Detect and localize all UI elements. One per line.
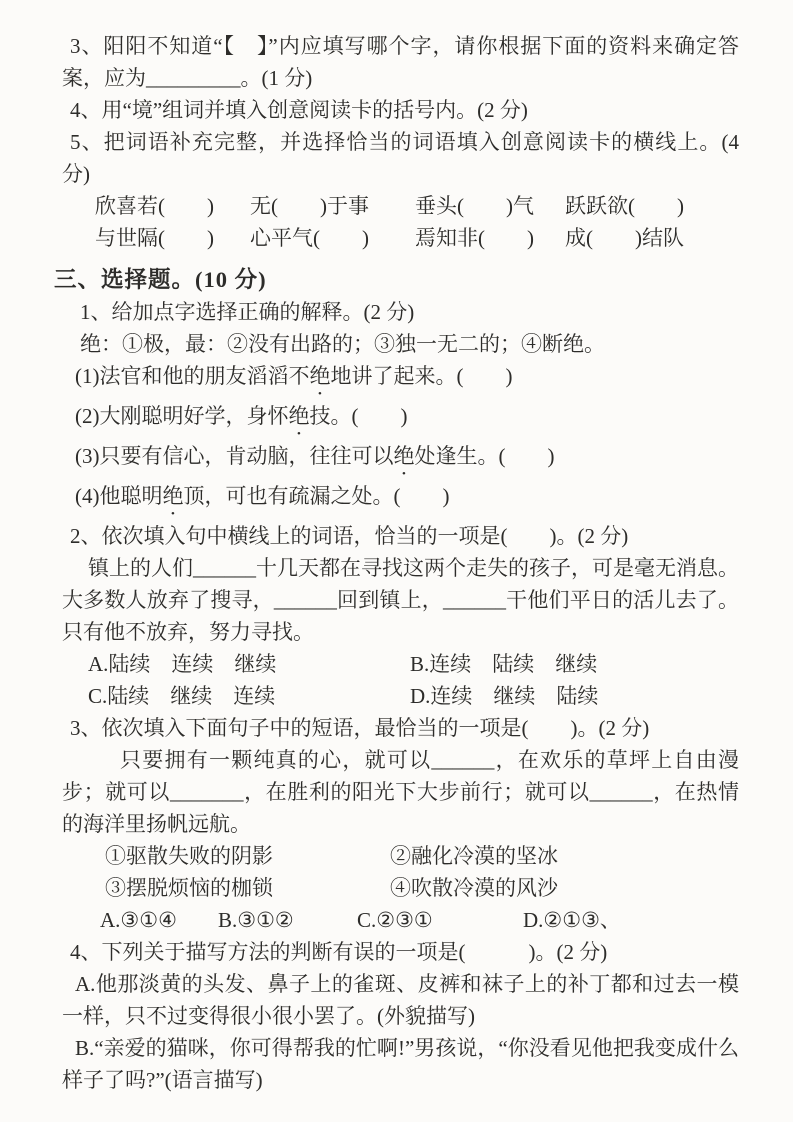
word-completion-grid: 欣喜若( ) 无( )于事 垂头( )气 跃跃欲( ) 与世隔( ) 心平气( … — [62, 190, 739, 254]
subitem-text: 处逢生。( ) — [415, 444, 555, 468]
question-5-stem: 5、把词语补充完整，并选择恰当的词语填入创意阅读卡的横线上。(4 分) — [62, 126, 739, 190]
mc-q1-subitem-2: (2)大刚聪明好学，身怀绝技。( ) — [62, 400, 739, 440]
mc-question-2-options: A.陆续 连续 继续 B.连续 陆续 继续 C.陆续 继续 连续 D.连续 继续… — [62, 648, 739, 712]
mc-question-4-option-a: A.他那淡黄的头发、鼻子上的雀斑、皮裤和袜子上的补丁都和过去一模一样，只不过变得… — [62, 968, 739, 1032]
phrase-3: ③摆脱烦恼的枷锁 — [105, 872, 390, 904]
option-a: A.陆续 连续 继续 — [88, 648, 410, 680]
word-blank-item: 无( )于事 — [250, 190, 415, 222]
subitem-text: (3)只要有信心，肯动脑，往往可以 — [75, 444, 394, 468]
word-blank-item: 垂头( )气 — [415, 190, 565, 222]
dotted-character: 绝 — [163, 484, 184, 508]
mc-question-1-stem: 1、给加点字选择正确的解释。(2 分) — [62, 296, 739, 328]
mc-question-3-phrases: ①驱散失败的阴影 ②融化冷漠的坚冰 ③摆脱烦恼的枷锁 ④吹散冷漠的风沙 — [62, 840, 739, 904]
question-4-stem: 4、用“境”组词并填入创意阅读卡的括号内。(2 分) — [62, 94, 739, 126]
phrase-1: ①驱散失败的阴影 — [105, 840, 390, 872]
option-c: C.②③① — [357, 904, 523, 936]
question-3-stem: 3、阳阳不知道“【 】”内应填写哪个字，请你根据下面的资料来确定答案，应为___… — [62, 30, 739, 94]
subitem-text: (4)他聪明 — [75, 484, 163, 508]
option-d: D.②①③、 — [523, 904, 739, 936]
mc-question-3-stem: 3、依次填入下面句子中的短语，最恰当的一项是( )。(2 分) — [62, 712, 739, 744]
dotted-character: 绝 — [310, 364, 331, 388]
dotted-character: 绝 — [394, 444, 415, 468]
word-blank-item: 心平气( ) — [250, 222, 415, 254]
mc-question-4-option-b: B.“亲爱的猫咪，你可得帮我的忙啊!”男孩说，“你没看见他把我变成什么样子了吗?… — [62, 1032, 739, 1096]
option-a: A.③①④ — [100, 904, 218, 936]
word-blank-item: 跃跃欲( ) — [565, 190, 739, 222]
subitem-text: 技。( ) — [310, 404, 408, 428]
word-blank-item: 与世隔( ) — [95, 222, 250, 254]
word-blank-item: 欣喜若( ) — [95, 190, 250, 222]
subitem-text: (2)大刚聪明好学，身怀 — [75, 404, 289, 428]
subitem-text: (1)法官和他的朋友滔滔不 — [75, 364, 310, 388]
section-three-heading: 三、选择题。(10 分) — [54, 264, 739, 296]
subitem-text: 地讲了起来。( ) — [331, 364, 513, 388]
phrase-4: ④吹散冷漠的风沙 — [390, 872, 739, 904]
option-d: D.连续 继续 陆续 — [410, 680, 739, 712]
dotted-character: 绝 — [289, 404, 310, 428]
mc-question-3-passage: 只要拥有一颗纯真的心，就可以______，在欢乐的草坪上自由漫步；就可以____… — [62, 744, 739, 840]
mc-q1-subitem-4: (4)他聪明绝顶，可也有疏漏之处。( ) — [62, 480, 739, 520]
word-blank-item: 焉知非( ) — [415, 222, 565, 254]
phrase-2: ②融化冷漠的坚冰 — [390, 840, 739, 872]
mc-question-2-stem: 2、依次填入句中横线上的词语，恰当的一项是( )。(2 分) — [62, 520, 739, 552]
mc-question-1-definitions: 绝：①极，最：②没有出路的；③独一无二的；④断绝。 — [62, 328, 739, 360]
option-b: B.③①② — [218, 904, 357, 936]
option-b: B.连续 陆续 继续 — [410, 648, 739, 680]
subitem-text: 顶，可也有疏漏之处。( ) — [184, 484, 450, 508]
mc-question-2-passage: 镇上的人们______十几天都在寻找这两个走失的孩子，可是毫无消息。大多数人放弃… — [62, 552, 739, 648]
mc-question-3-options: A.③①④ B.③①② C.②③① D.②①③、 — [62, 904, 739, 936]
exam-paper-page: 3、阳阳不知道“【 】”内应填写哪个字，请你根据下面的资料来确定答案，应为___… — [0, 0, 793, 1122]
option-c: C.陆续 继续 连续 — [88, 680, 410, 712]
mc-q1-subitem-1: (1)法官和他的朋友滔滔不绝地讲了起来。( ) — [62, 360, 739, 400]
mc-question-4-stem: 4、下列关于描写方法的判断有误的一项是( )。(2 分) — [62, 936, 739, 968]
word-blank-item: 成( )结队 — [565, 222, 739, 254]
mc-q1-subitem-3: (3)只要有信心，肯动脑，往往可以绝处逢生。( ) — [62, 440, 739, 480]
